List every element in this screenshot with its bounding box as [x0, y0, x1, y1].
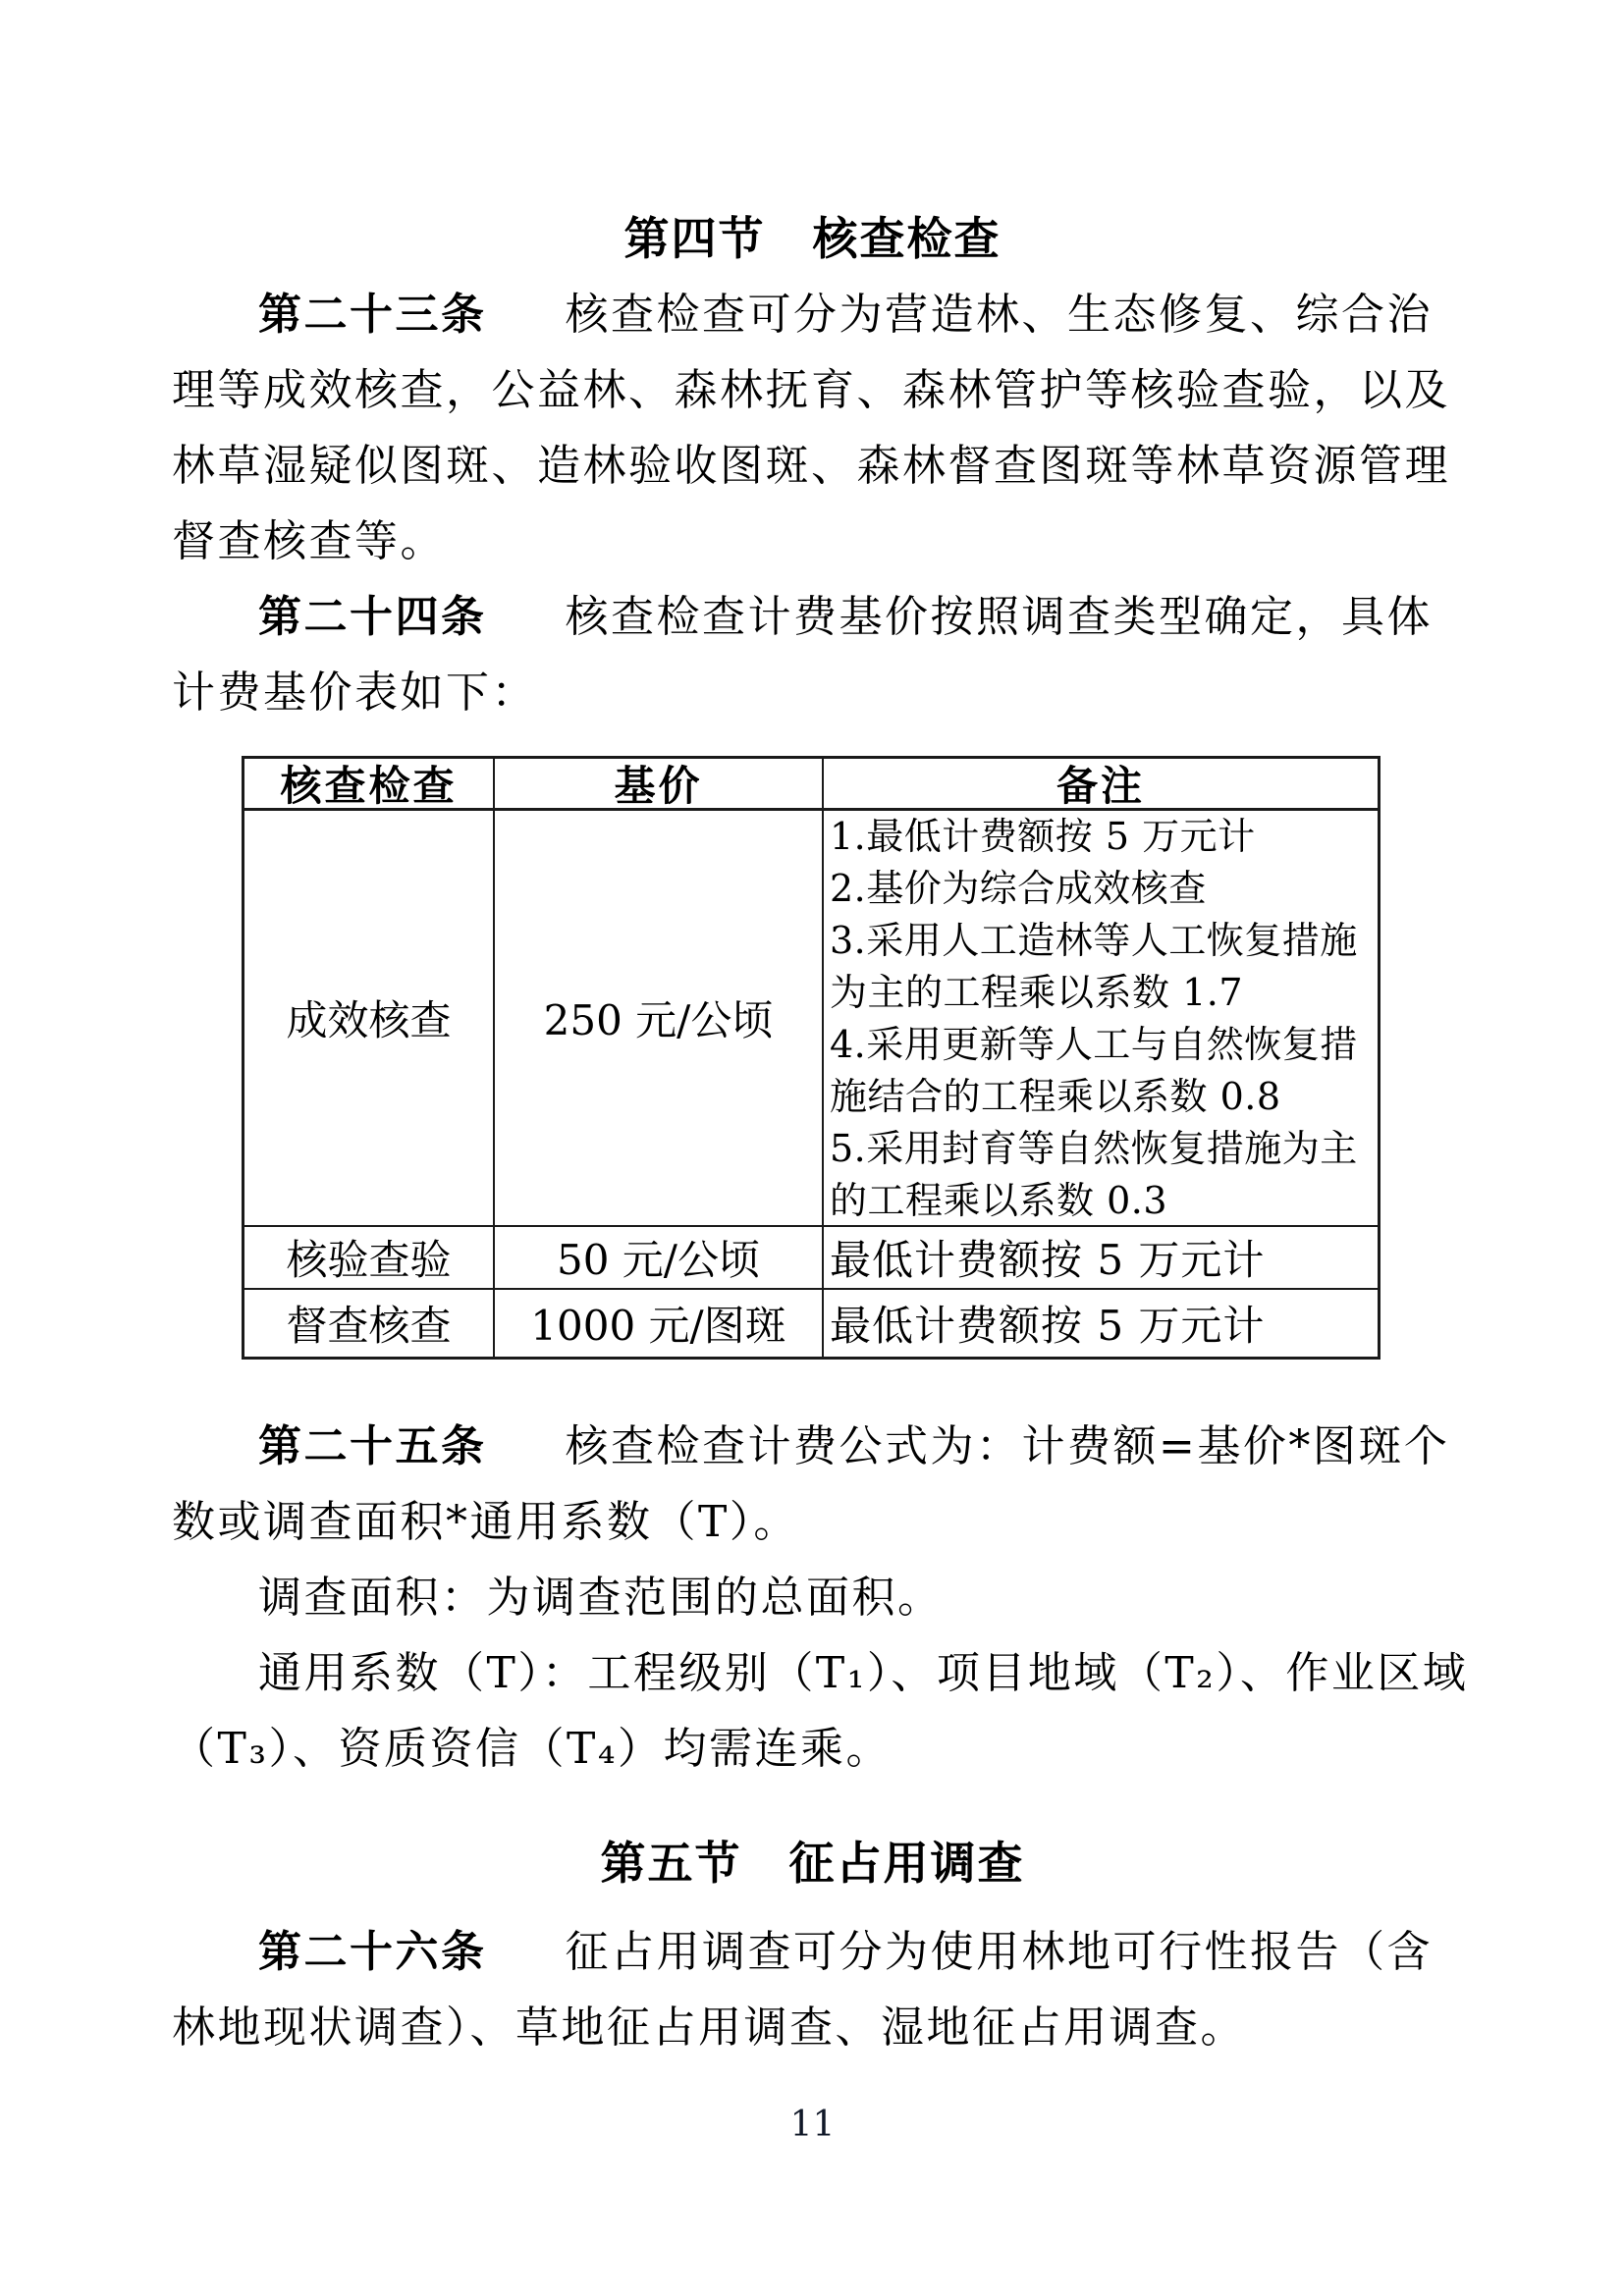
remark-line: 3.采用人工造林等人工恢复措施: [830, 915, 1378, 967]
article-24-number: 第二十四条: [258, 592, 487, 642]
row-supervision-check-price: 1000 元/图斑: [495, 1290, 824, 1357]
table-header-remarks: 备注: [824, 759, 1378, 808]
article-24-text-1: 核查检查计费基价按照调查类型确定，具体: [566, 592, 1434, 642]
article-25-text-1: 核查检查计费公式为：计费额=基价*图斑个: [566, 1421, 1450, 1471]
fee-base-price-table: 核查检查 基价 备注 成效核查 250 元/公顷 1.最低计费额按 5 万元计 …: [242, 756, 1380, 1360]
article-26-text-1: 征占用调查可分为使用林地可行性报告（含: [566, 1927, 1434, 1977]
remark-line: 1.最低计费额按 5 万元计: [830, 811, 1378, 863]
remark-line: 为主的工程乘以系数 1.7: [830, 967, 1378, 1019]
article-25-line-4: 通用系数（T）：工程级别（T₁）、项目地域（T₂）、作业区域: [172, 1635, 1453, 1711]
article-25-line-1: 第二十五条核查检查计费公式为：计费额=基价*图斑个: [172, 1409, 1453, 1484]
row-verification-remarks: 最低计费额按 5 万元计: [824, 1227, 1378, 1288]
article-23-text-1: 核查检查可分为营造林、生态修复、综合治: [566, 290, 1434, 340]
remark-line: 5.采用封育等自然恢复措施为主: [830, 1123, 1378, 1175]
row-supervision-check-name: 督查核查: [244, 1290, 495, 1357]
page-number: 11: [172, 2104, 1453, 2147]
article-23-line-3: 林草湿疑似图斑、造林验收图斑、森林督查图斑等林草资源管理: [172, 428, 1453, 504]
row-verification-name: 核验查验: [244, 1227, 495, 1288]
article-24-line-2: 计费基价表如下：: [172, 655, 1453, 730]
row-effectiveness-check-remarks: 1.最低计费额按 5 万元计 2.基价为综合成效核查 3.采用人工造林等人工恢复…: [824, 811, 1378, 1225]
article-23-line-2: 理等成效核查，公益林、森林抚育、森林管护等核验查验，以及: [172, 352, 1453, 428]
table-row: 核验查验 50 元/公顷 最低计费额按 5 万元计: [244, 1227, 1378, 1290]
section-5-heading: 第五节 征占用调查: [172, 1826, 1453, 1901]
row-effectiveness-check-name: 成效核查: [244, 811, 495, 1225]
article-25-number: 第二十五条: [258, 1421, 487, 1471]
section-4-heading: 第四节 核查检查: [172, 201, 1453, 277]
row-supervision-check-remarks: 最低计费额按 5 万元计: [824, 1290, 1378, 1357]
article-25-line-3: 调查面积：为调查范围的总面积。: [172, 1560, 1453, 1635]
table-header-check-type: 核查检查: [244, 759, 495, 808]
article-23-line-4: 督查核查等。: [172, 504, 1453, 579]
remark-line: 的工程乘以系数 0.3: [830, 1175, 1378, 1227]
row-effectiveness-check-price: 250 元/公顷: [495, 811, 824, 1225]
article-25-line-2: 数或调查面积*通用系数（T）。: [172, 1484, 1453, 1560]
table-header-base-price: 基价: [495, 759, 824, 808]
article-26-number: 第二十六条: [258, 1927, 487, 1977]
remark-line: 2.基价为综合成效核查: [830, 863, 1378, 915]
document-page: 第四节 核查检查 第二十三条核查检查可分为营造林、生态修复、综合治 理等成效核查…: [0, 0, 1624, 2296]
article-23-number: 第二十三条: [258, 290, 487, 340]
article-24-line-1: 第二十四条核查检查计费基价按照调查类型确定，具体: [172, 579, 1453, 655]
row-verification-price: 50 元/公顷: [495, 1227, 824, 1288]
article-26-line-1: 第二十六条征占用调查可分为使用林地可行性报告（含: [172, 1914, 1453, 1990]
article-26-line-2: 林地现状调查）、草地征占用调查、湿地征占用调查。: [172, 1990, 1453, 2065]
remark-line: 4.采用更新等人工与自然恢复措: [830, 1019, 1378, 1071]
table-row: 成效核查 250 元/公顷 1.最低计费额按 5 万元计 2.基价为综合成效核查…: [244, 811, 1378, 1227]
remark-line: 施结合的工程乘以系数 0.8: [830, 1071, 1378, 1123]
article-23-line-1: 第二十三条核查检查可分为营造林、生态修复、综合治: [172, 277, 1453, 352]
article-25-line-5: （T₃）、资质资信（T₄）均需连乘。: [172, 1711, 1453, 1787]
table-header-row: 核查检查 基价 备注: [244, 759, 1378, 811]
table-row: 督查核查 1000 元/图斑 最低计费额按 5 万元计: [244, 1290, 1378, 1357]
